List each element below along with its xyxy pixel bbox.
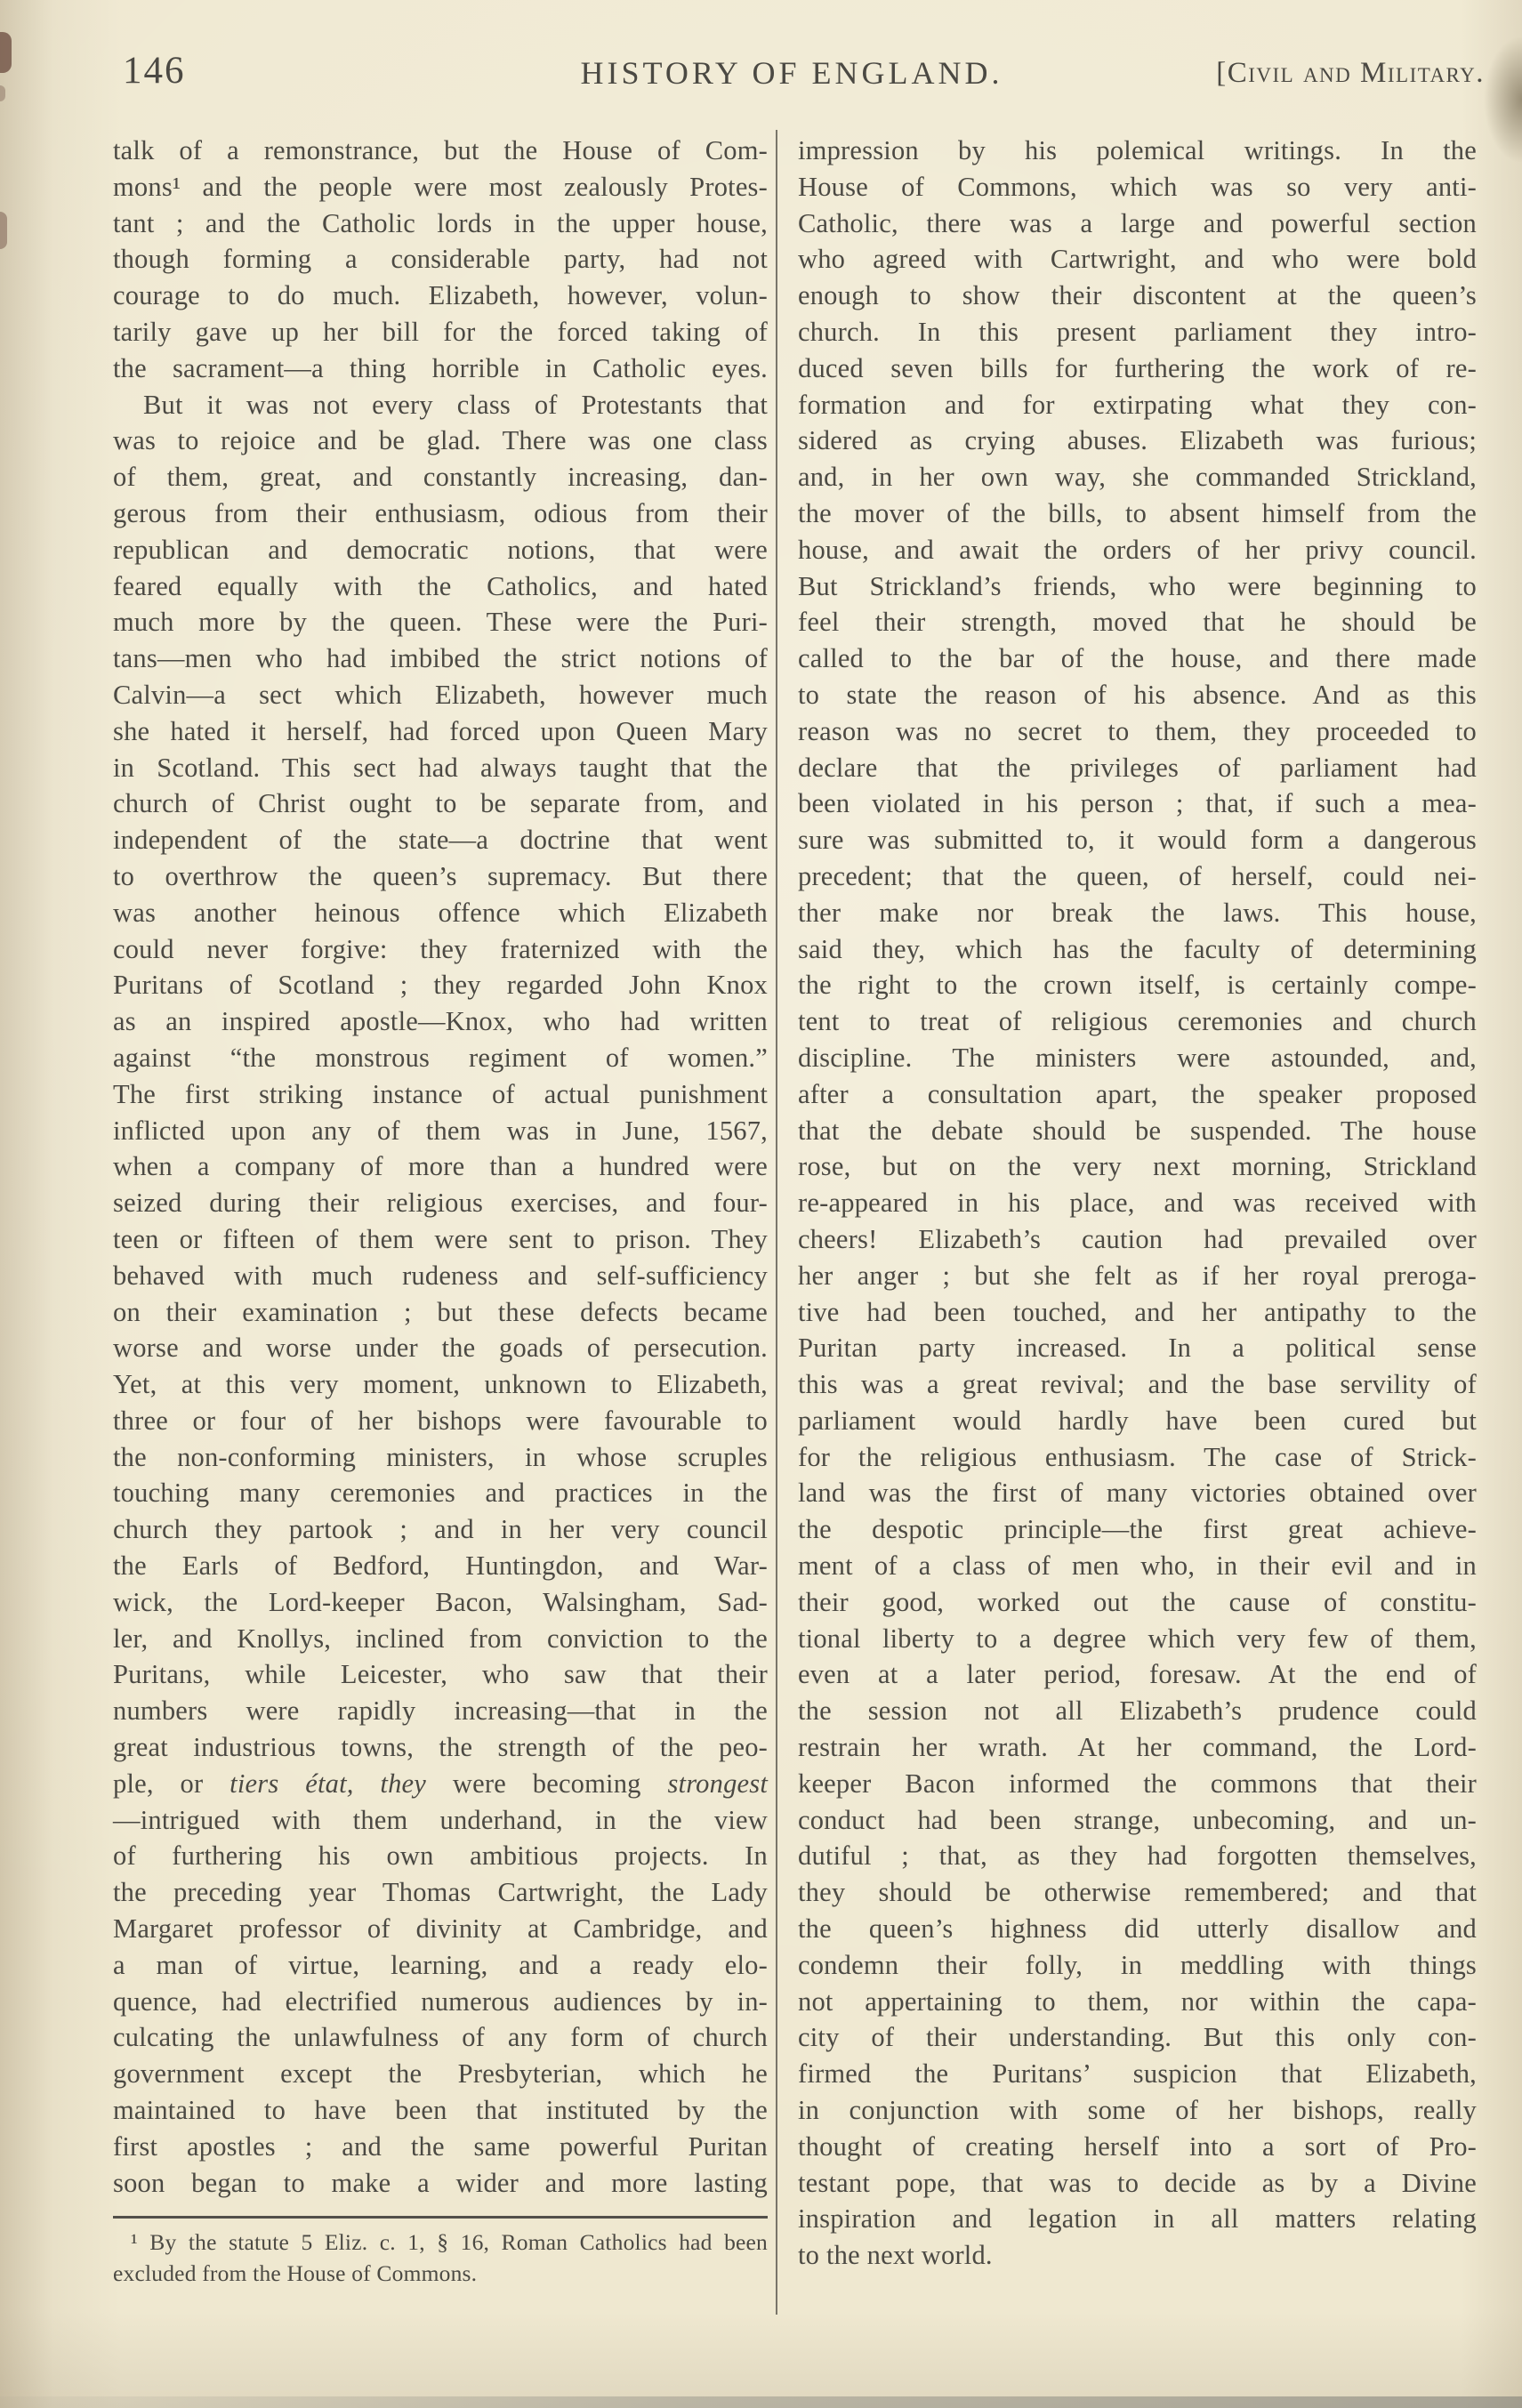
footnote: ¹ By the statute 5 Eliz. c. 1, § 16, Rom…	[113, 2216, 768, 2289]
text-line: said they, which has the faculty of dete…	[798, 931, 1477, 968]
text-line: House of Commons, which was so very anti…	[798, 169, 1477, 205]
text-line: seized during their religious exercises,…	[113, 1185, 768, 1221]
text-line: condemn their folly, in meddling with th…	[798, 1947, 1477, 1984]
text-line: as an inspired apostle—Knox, who had wri…	[113, 1003, 768, 1040]
text-line: But it was not every class of Protestant…	[113, 387, 768, 423]
text-line: keeper Bacon informed the commons that t…	[798, 1766, 1477, 1802]
text-line: feared equally with the Catholics, and h…	[113, 568, 768, 605]
text-line: first apostles ; and the same powerful P…	[113, 2129, 768, 2165]
text-line: firmed the Puritans’ suspicion that Eliz…	[798, 2056, 1477, 2092]
text-line: precedent; that the queen, of herself, c…	[798, 858, 1477, 895]
text-line: formation and for extirpating what they …	[798, 387, 1477, 423]
text-line: for the religious enthusiasm. The case o…	[798, 1439, 1477, 1476]
paragraph: talk of a remonstrance, but the House of…	[113, 133, 768, 387]
text-line: she hated it herself, had forced upon Qu…	[113, 713, 768, 750]
text-line: Yet, at this very moment, unknown to Eli…	[113, 1366, 768, 1403]
text-line: house, and await the orders of her privy…	[798, 532, 1477, 568]
text-line: that the debate should be suspended. The…	[798, 1113, 1477, 1149]
left-column: talk of a remonstrance, but the House of…	[113, 133, 768, 2289]
text-line: Catholic, there was a large and powerful…	[798, 205, 1477, 242]
scan-edge-mark	[0, 212, 7, 249]
italic-run: tiers état, they	[230, 1768, 426, 1799]
text-line: excluded from the House of Commons.	[113, 2258, 768, 2289]
text-line: tive had been touched, and her antipathy…	[798, 1294, 1477, 1331]
text-line: the session not all Elizabeth’s prudence…	[798, 1693, 1477, 1729]
text-line: was another heinous offence which Elizab…	[113, 895, 768, 931]
text-line: their good, worked out the cause of cons…	[798, 1584, 1477, 1621]
text-line: inspiration and legation in all matters …	[798, 2201, 1477, 2237]
text-line: three or four of her bishops were favour…	[113, 1403, 768, 1439]
right-column: impression by his polemical writings. In…	[798, 133, 1477, 2274]
text-line: on their examination ; but these defects…	[113, 1294, 768, 1331]
text-line: independent of the state—a doctrine that…	[113, 822, 768, 858]
page-title: HISTORY OF ENGLAND.	[552, 57, 1032, 89]
text-line: soon began to make a wider and more last…	[113, 2165, 768, 2202]
text-line: though forming a considerable party, had…	[113, 241, 768, 278]
text-line: her anger ; but she felt as if her royal…	[798, 1258, 1477, 1294]
text-line: Puritans of Scotland ; they regarded Joh…	[113, 967, 768, 1003]
text-line: could never forgive: they fraternized wi…	[113, 931, 768, 968]
text-line: —intrigued with them underhand, in the v…	[113, 1802, 768, 1839]
text-line: Calvin—a sect which Elizabeth, however m…	[113, 677, 768, 713]
paragraph: ¹ By the statute 5 Eliz. c. 1, § 16, Rom…	[113, 2227, 768, 2289]
text-line: the sacrament—a thing horrible in Cathol…	[113, 350, 768, 387]
paragraph: impression by his polemical writings. In…	[798, 133, 1477, 2274]
text-line: testant pope, that was to decide as by a…	[798, 2165, 1477, 2202]
text-line: to overthrow the queen’s supremacy. But …	[113, 858, 768, 895]
text-line: republican and democratic notions, that …	[113, 532, 768, 568]
text-line: not appertaining to them, nor within the…	[798, 1984, 1477, 2020]
text-line: was to rejoice and be glad. There was on…	[113, 423, 768, 459]
text-line: touching many ceremonies and practices i…	[113, 1475, 768, 1511]
text-line: The first striking instance of actual pu…	[113, 1076, 768, 1113]
text-line: impression by his polemical writings. In…	[798, 133, 1477, 169]
text-line: church they partook ; and in her very co…	[113, 1511, 768, 1548]
text-line: and, in her own way, she commanded Stric…	[798, 459, 1477, 495]
text-line: tans—men who had imbibed the strict noti…	[113, 640, 768, 677]
text-run: ple, or	[113, 1768, 230, 1799]
text-line: rose, but on the very next morning, Stri…	[798, 1148, 1477, 1185]
text-line: ment of a class of men who, in their evi…	[798, 1548, 1477, 1584]
text-line: teen or fifteen of them were sent to pri…	[113, 1221, 768, 1258]
text-line: re-appeared in his place, and was receiv…	[798, 1185, 1477, 1221]
text-line: this was a great revival; and the base s…	[798, 1366, 1477, 1403]
text-line: reason was no secret to them, they proce…	[798, 713, 1477, 750]
header-section-label: [Civil and Military.	[1216, 59, 1485, 88]
text-line: talk of a remonstrance, but the House of…	[113, 133, 768, 169]
text-line: feel their strength, moved that he shoul…	[798, 604, 1477, 640]
text-line: church of Christ ought to be separate fr…	[113, 785, 768, 822]
page-number: 146	[123, 52, 186, 90]
text-line: the right to the crown itself, is certai…	[798, 967, 1477, 1003]
text-line: sidered as crying abuses. Elizabeth was …	[798, 423, 1477, 459]
text-line: the queen’s highness did utterly disallo…	[798, 1911, 1477, 1947]
text-line: restrain her wrath. At her command, the …	[798, 1729, 1477, 1766]
text-line: in Scotland. This sect had always taught…	[113, 750, 768, 786]
text-line: of furthering his own ambitious projects…	[113, 1838, 768, 1874]
scan-bottom-edge	[0, 2396, 1522, 2408]
text-line: enough to show their discontent at the q…	[798, 278, 1477, 314]
text-line: tarily gave up her bill for the forced t…	[113, 314, 768, 350]
text-line: Puritans, while Leicester, who saw that …	[113, 1656, 768, 1693]
text-line: numbers were rapidly increasing—that in …	[113, 1693, 768, 1729]
text-line: they should be otherwise remembered; and…	[798, 1874, 1477, 1911]
page-header: 146 HISTORY OF ENGLAND. [Civil and Milit…	[0, 0, 1522, 133]
text-line: church. In this present parliament they …	[798, 314, 1477, 350]
text-line: courage to do much. Elizabeth, however, …	[113, 278, 768, 314]
right-column-text: impression by his polemical writings. In…	[798, 133, 1477, 2274]
text-line: sure was submitted to, it would form a d…	[798, 822, 1477, 858]
paragraph: But it was not every class of Protestant…	[113, 387, 768, 2202]
text-line: gerous from their enthusiasm, odious fro…	[113, 495, 768, 532]
text-line: in conjunction with some of her bishops,…	[798, 2092, 1477, 2129]
text-line: who agreed with Cartwright, and who were…	[798, 241, 1477, 278]
text-line: been violated in his person ; that, if s…	[798, 785, 1477, 822]
text-line: parliament would hardly have been cured …	[798, 1403, 1477, 1439]
text-run: were becoming	[426, 1768, 667, 1799]
column-divider	[776, 130, 777, 2315]
footnote-separator	[113, 2216, 768, 2219]
text-line: tent to treat of religious ceremonies an…	[798, 1003, 1477, 1040]
text-line: thought of creating herself into a sort …	[798, 2129, 1477, 2165]
text-line: ther make nor break the laws. This house…	[798, 895, 1477, 931]
text-line: conduct had been strange, unbecoming, an…	[798, 1802, 1477, 1839]
book-page: 146 HISTORY OF ENGLAND. [Civil and Milit…	[0, 0, 1522, 2408]
text-line: to the next world.	[798, 2237, 1477, 2274]
text-line: of them, great, and constantly increasin…	[113, 459, 768, 495]
text-line: great industrious towns, the strength of…	[113, 1729, 768, 1766]
text-line: Margaret professor of divinity at Cambri…	[113, 1911, 768, 1947]
text-line: culcating the unlawfulness of any form o…	[113, 2019, 768, 2056]
text-line: land was the first of many victories obt…	[798, 1475, 1477, 1511]
text-line: the despotic principle—the first great a…	[798, 1511, 1477, 1548]
text-line: maintained to have been that instituted …	[113, 2092, 768, 2129]
left-column-text: talk of a remonstrance, but the House of…	[113, 133, 768, 2201]
footnote-text: ¹ By the statute 5 Eliz. c. 1, § 16, Rom…	[113, 2227, 768, 2289]
text-line: But Strickland’s friends, who were begin…	[798, 568, 1477, 605]
text-line: called to the bar of the house, and ther…	[798, 640, 1477, 677]
italic-run: strongest	[667, 1768, 768, 1799]
text-line: tant ; and the Catholic lords in the upp…	[113, 205, 768, 242]
text-line: a man of virtue, learning, and a ready e…	[113, 1947, 768, 1984]
text-line: after a consultation apart, the speaker …	[798, 1076, 1477, 1113]
text-line: ¹ By the statute 5 Eliz. c. 1, § 16, Rom…	[113, 2227, 768, 2258]
text-line: duced seven bills for furthering the wor…	[798, 350, 1477, 387]
text-line: ple, or tiers état, they were becoming s…	[113, 1766, 768, 1802]
text-line: to state the reason of his absence. And …	[798, 677, 1477, 713]
text-line: against “the monstrous regiment of women…	[113, 1040, 768, 1076]
text-line: Puritan party increased. In a political …	[798, 1330, 1477, 1366]
text-line: city of their understanding. But this on…	[798, 2019, 1477, 2056]
text-line: the preceding year Thomas Cartwright, th…	[113, 1874, 768, 1911]
text-line: ler, and Knollys, inclined from convicti…	[113, 1621, 768, 1657]
text-line: quence, had electrified numerous audienc…	[113, 1984, 768, 2020]
text-line: the Earls of Bedford, Huntingdon, and Wa…	[113, 1548, 768, 1584]
text-line: inflicted upon any of them was in June, …	[113, 1113, 768, 1149]
text-line: the mover of the bills, to absent himsel…	[798, 495, 1477, 532]
text-line: worse and worse under the goads of perse…	[113, 1330, 768, 1366]
text-line: government except the Presbyterian, whic…	[113, 2056, 768, 2092]
text-line: declare that the privileges of parliamen…	[798, 750, 1477, 786]
text-line: the non-conforming ministers, in whose s…	[113, 1439, 768, 1476]
text-line: tional liberty to a degree which very fe…	[798, 1621, 1477, 1657]
text-line: wick, the Lord-keeper Bacon, Walsingham,…	[113, 1584, 768, 1621]
text-line: even at a later period, foresaw. At the …	[798, 1656, 1477, 1693]
text-line: much more by the queen. These were the P…	[113, 604, 768, 640]
text-line: mons¹ and the people were most zealously…	[113, 169, 768, 205]
text-line: discipline. The ministers were astounded…	[798, 1040, 1477, 1076]
text-line: dutiful ; that, as they had forgotten th…	[798, 1838, 1477, 1874]
text-line: when a company of more than a hundred we…	[113, 1148, 768, 1185]
text-line: behaved with much rudeness and self-suff…	[113, 1258, 768, 1294]
text-line: cheers! Elizabeth’s caution had prevaile…	[798, 1221, 1477, 1258]
